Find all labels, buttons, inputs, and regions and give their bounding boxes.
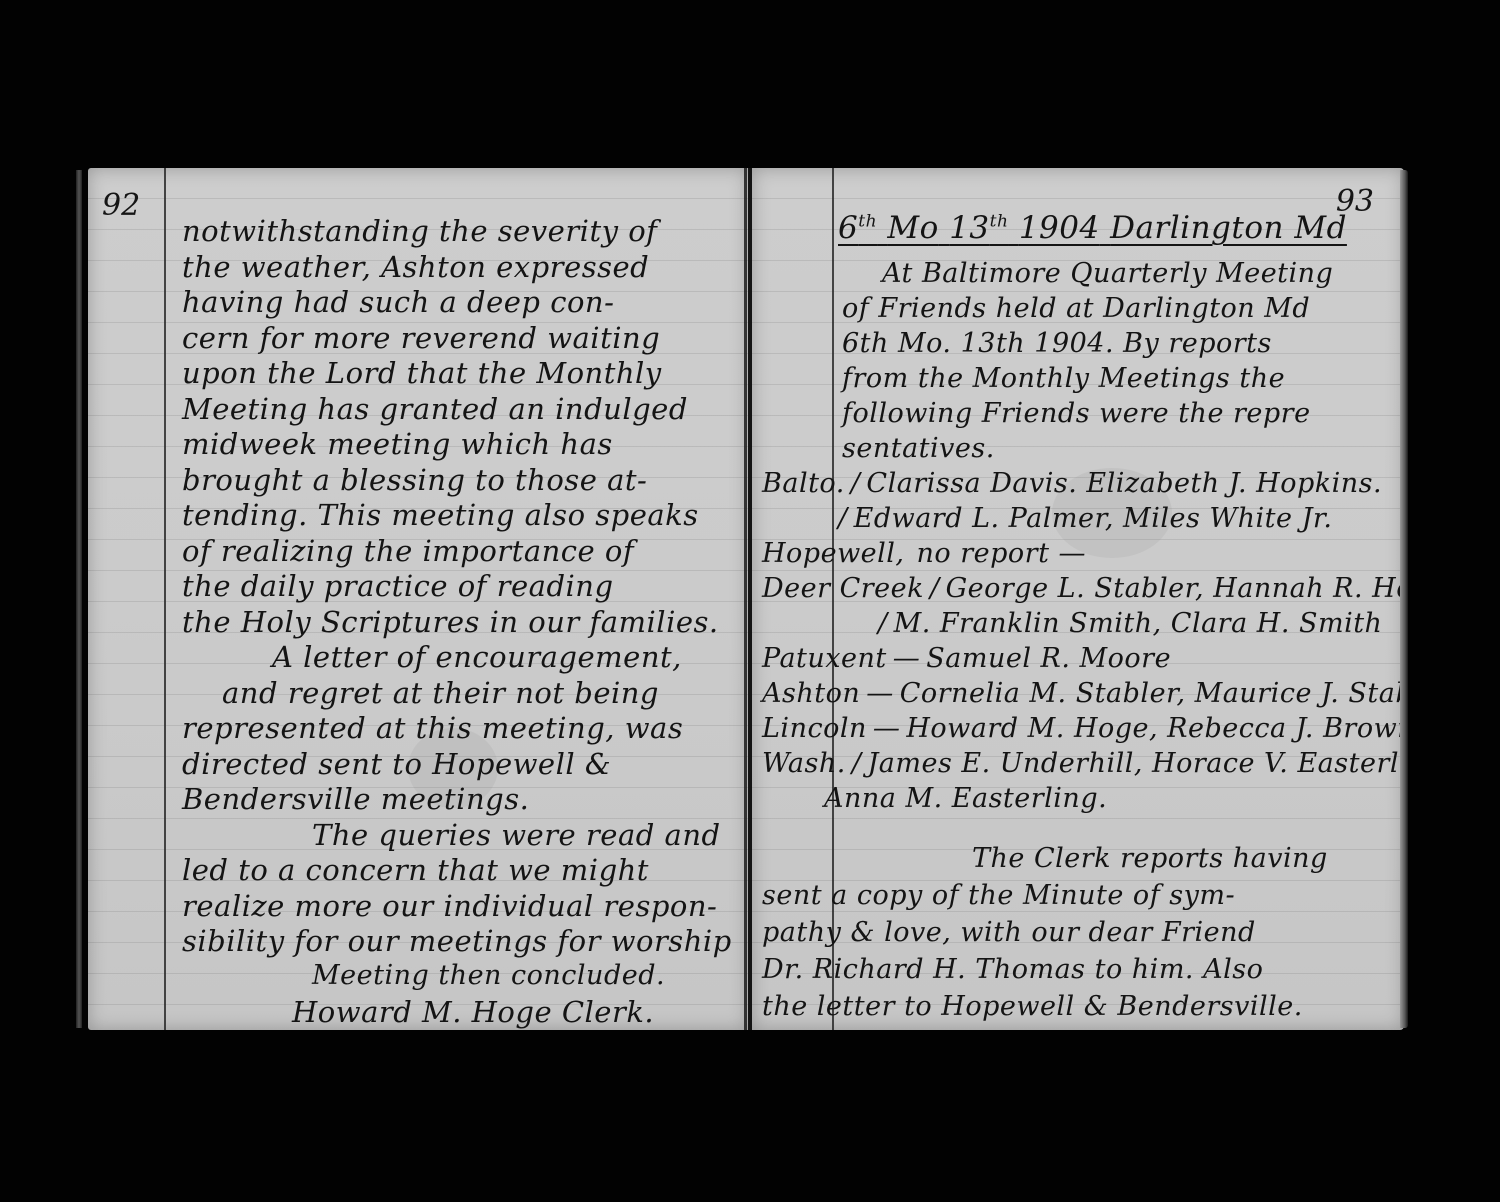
meeting-name: Lincoln [762, 713, 867, 744]
entry-separator: / [924, 573, 946, 604]
book-left-edge [76, 170, 82, 1028]
representative-entry: Hopewell,no report — [762, 538, 1086, 569]
representative-entry: Ashton—Cornelia M. Stabler, Maurice J. S… [762, 678, 1404, 709]
handwritten-line: A letter of encouragement, [182, 640, 682, 674]
left-page-gutter-rule [744, 168, 747, 1030]
handwritten-line: The Clerk reports having [842, 843, 1328, 874]
page-number-left: 92 [102, 188, 140, 223]
representative-names: Samuel R. Moore [926, 643, 1171, 674]
entry-separator: — [860, 678, 900, 709]
representative-names: George L. Stabler, Hannah R. Hopkins [946, 573, 1404, 604]
heading-month-suffix: th [858, 212, 877, 232]
representative-names: Howard M. Hoge, Rebecca J. Brown, [906, 713, 1404, 744]
representative-entry: Wash./James E. Underhill, Horace V. East… [762, 748, 1404, 779]
handwritten-line: represented at this meeting, was [182, 711, 683, 745]
handwritten-line: Meeting has granted an indulged [182, 392, 688, 426]
representative-entry: Lincoln—Howard M. Hoge, Rebecca J. Brown… [762, 713, 1404, 744]
representative-entry: Deer Creek/George L. Stabler, Hannah R. … [762, 573, 1404, 604]
representative-names: Cornelia M. Stabler, Maurice J. Stabler, [900, 678, 1404, 709]
representative-entry: /M. Franklin Smith, Clara H. Smith [872, 608, 1382, 639]
representative-entry: Balto./Clarissa Davis. Elizabeth J. Hopk… [762, 468, 1382, 499]
handwritten-line: the letter to Hopewell & Bendersville. [762, 991, 1303, 1022]
handwritten-line: notwithstanding the severity of [182, 214, 657, 248]
entry-separator: / [872, 608, 894, 639]
handwritten-line: having had such a deep con- [182, 285, 614, 319]
entry-separator: — [867, 713, 907, 744]
entry-separator: / [832, 503, 854, 534]
handwritten-line: the daily practice of reading [182, 569, 614, 603]
handwritten-line: the weather, Ashton expressed [182, 250, 649, 284]
left-page-margin-rule [164, 168, 166, 1030]
handwritten-line: cern for more reverend waiting [182, 321, 660, 355]
representative-entry: /Edward L. Palmer, Miles White Jr. [832, 503, 1332, 534]
handwritten-line: and regret at their not being [182, 676, 659, 710]
entry-separator: / [845, 468, 867, 499]
heading-place: Darlington Md [1110, 210, 1347, 246]
heading-month-number: 6 [838, 210, 858, 246]
document-scan: 92 notwithstanding the severity of the w… [0, 0, 1500, 1202]
handwritten-line: of realizing the importance of [182, 534, 634, 568]
handwritten-line: 6th Mo. 13th 1904. By reports [842, 328, 1272, 359]
heading-year: 1904 [1019, 210, 1100, 246]
handwritten-line: upon the Lord that the Monthly [182, 356, 662, 390]
handwritten-line: The queries were read and [182, 818, 721, 852]
handwritten-line: led to a concern that we might [182, 853, 649, 887]
handwritten-line: midweek meeting which has [182, 427, 613, 461]
entry-separator: / [846, 748, 868, 779]
handwritten-line: Bendersville meetings. [182, 782, 529, 816]
handwritten-line: brought a blessing to those at- [182, 463, 647, 497]
representative-names: no report — [917, 538, 1087, 569]
meeting-name: Wash. [762, 748, 846, 779]
entry-separator [812, 783, 824, 814]
handwritten-line: realize more our individual respon- [182, 889, 717, 923]
heading-day-suffix: th [990, 212, 1009, 232]
handwritten-line: Meeting then concluded. [182, 960, 665, 991]
handwritten-line: sentatives. [842, 433, 995, 464]
heading-day-number: 13 [949, 210, 989, 246]
meeting-name: Patuxent [762, 643, 887, 674]
representative-names: Edward L. Palmer, Miles White Jr. [854, 503, 1333, 534]
handwritten-line: from the Monthly Meetings the [842, 363, 1285, 394]
handwritten-line: pathy & love, with our dear Friend [762, 917, 1256, 948]
handwritten-line: Dr. Richard H. Thomas to him. Also [762, 954, 1263, 985]
right-page: 93 6th Mo 13th 1904 Darlington Md At Bal… [752, 168, 1404, 1030]
handwritten-line: tending. This meeting also speaks [182, 498, 699, 532]
meeting-name: Ashton [762, 678, 860, 709]
handwritten-line: of Friends held at Darlington Md [842, 293, 1310, 324]
book-spread: 92 notwithstanding the severity of the w… [88, 168, 1408, 1030]
handwritten-line: sibility for our meetings for worship [182, 924, 732, 958]
entry-date-heading: 6th Mo 13th 1904 Darlington Md [838, 210, 1347, 246]
representative-entry: Patuxent—Samuel R. Moore [762, 643, 1171, 674]
handwritten-line: directed sent to Hopewell & [182, 747, 611, 781]
handwritten-line: the Holy Scriptures in our families. [182, 605, 719, 639]
representative-names: Anna M. Easterling. [824, 783, 1107, 814]
handwritten-line: following Friends were the repre [842, 398, 1311, 429]
meeting-name: Hopewell, [762, 538, 905, 569]
representative-names: James E. Underhill, Horace V. Easterling… [867, 748, 1404, 779]
handwritten-line: At Baltimore Quarterly Meeting [842, 258, 1333, 289]
representative-names: M. Franklin Smith, Clara H. Smith [894, 608, 1383, 639]
book-right-edge [1400, 170, 1408, 1028]
entry-separator: — [887, 643, 927, 674]
representative-names: Clarissa Davis. Elizabeth J. Hopkins. [866, 468, 1382, 499]
clerk-signature: Howard M. Hoge Clerk. [182, 995, 654, 1029]
left-page: 92 notwithstanding the severity of the w… [88, 168, 748, 1030]
entry-separator [905, 538, 917, 569]
handwritten-line: sent a copy of the Minute of sym- [762, 880, 1235, 911]
meeting-name: Balto. [762, 468, 845, 499]
representative-entry: Anna M. Easterling. [812, 783, 1107, 814]
meeting-name: Deer Creek [762, 573, 924, 604]
heading-month-word: Mo [887, 210, 938, 246]
